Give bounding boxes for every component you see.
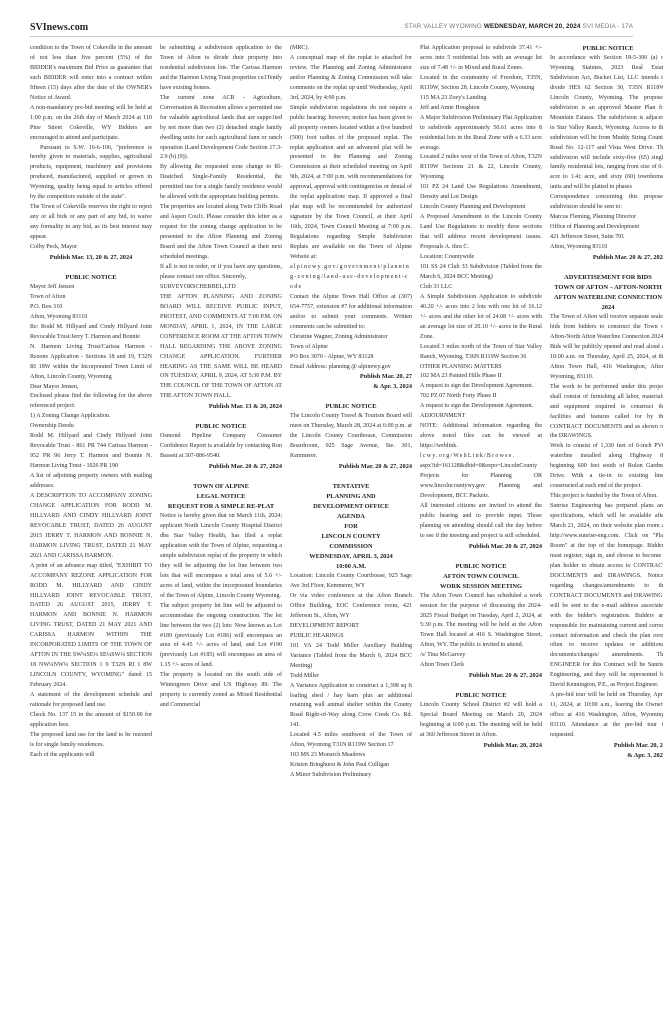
agenda-item: Club 33 LLC xyxy=(420,283,542,293)
agenda-item: 103 MS 23 Monarch Meadows xyxy=(290,751,412,761)
publish-line: Publish Mar. 13, 20 & 27, 2024 xyxy=(30,253,152,263)
bid-text: A pre-bid tour will be held on Thursday,… xyxy=(550,691,663,741)
agenda-item: 101 SS 24 Club 33 Subdivision (Tabled fr… xyxy=(420,263,542,283)
osmond-text: Osmond Pipeline Company Consumer Confide… xyxy=(160,432,282,462)
agenda-section: ADJOURNMENT xyxy=(420,412,542,422)
rezone-text: The properties are located along Twin Cl… xyxy=(160,203,282,263)
replat-text: Simple subdivision regulations do not re… xyxy=(290,104,412,263)
address-line: Town of Afton xyxy=(30,293,152,303)
replat-text: A conceptual map of the replat is attach… xyxy=(290,54,412,104)
rezone-text: be submitting a subdivision application … xyxy=(160,44,282,94)
agenda-note: NOTE: Additional information regarding t… xyxy=(420,422,542,452)
rezone-text: If all is not in order, or if you have a… xyxy=(160,263,282,283)
agenda-item: Jeff and Amie Houghton xyxy=(420,104,542,114)
column-4: Plat Application proposal to subdivide 3… xyxy=(420,44,542,751)
agenda-item: 102 MA 23 Painted Hills Phase II xyxy=(420,372,542,382)
agenda-heading: FOR xyxy=(290,522,412,532)
address-line: 421 Jefferson Street, Suite 701 xyxy=(550,233,663,243)
agenda-item: Located 2 miles west of the Town of Afto… xyxy=(420,153,542,183)
agenda-item: 101 PZ 24 Land Use Regulations Amendment… xyxy=(420,183,542,203)
agenda-item: Located 3 miles north of the Town of Sta… xyxy=(420,343,542,363)
bid-text: Work to consist of 1,330 feet of 6-inch … xyxy=(550,442,663,492)
agenda-item: Kristen Bringhurst & John Paul Culligan xyxy=(290,761,412,771)
agenda-location: Location: Lincoln County Courthouse, 925… xyxy=(290,572,412,592)
agenda-video: Or via video conference at the Afton Bra… xyxy=(290,592,412,622)
address-line: Marcus Fleming, Planning Director xyxy=(550,213,663,223)
column-2: be submitting a subdivision application … xyxy=(160,44,282,711)
continued-text: Each of the applicants will xyxy=(30,751,152,761)
agenda-heading: WEDNESDAY, APRIL 3, 2024 xyxy=(290,552,412,562)
agenda-item: Plat Application proposal to subdivide 3… xyxy=(420,44,542,74)
agenda-heading: AGENDA xyxy=(290,512,412,522)
bid-text: Sunrise Engineering has prepared plans a… xyxy=(550,502,663,691)
bid-text: The Town of Afton will receive separate … xyxy=(550,313,663,343)
notice-heading: LEGAL NOTICE xyxy=(160,492,282,502)
correspondence-text: Correspondence concerning this proposed … xyxy=(550,193,663,213)
agenda-item: Location: Countywide xyxy=(420,253,542,263)
cokeville-prebid: A non-mandatory pre-bid meeting will be … xyxy=(30,104,152,144)
agenda-heading: TENTATIVE xyxy=(290,482,412,492)
bid-text: Bids will be publicly opened and read al… xyxy=(550,343,663,383)
rezone-text: By allowing the requested zone change to… xyxy=(160,163,282,203)
notice-heading: REQUEST FOR A SIMPLE RE-PLAT xyxy=(160,502,282,512)
bid-text: The work to be performed under this proj… xyxy=(550,383,663,443)
adjoining-list: A list of adjoining property owners with… xyxy=(30,472,152,492)
bid-text: This project is funded by the Town of Af… xyxy=(550,492,663,502)
issue-date: WEDNESDAY, MARCH 20, 2024 xyxy=(484,23,581,30)
address-line: Afton, Wyoming 83110 xyxy=(30,313,152,323)
agenda-item: A Minor Subdivision Preliminary xyxy=(290,771,412,781)
bid-heading: TOWN OF AFTON – AFTON-NORTH AFTON WATERL… xyxy=(550,283,663,313)
agenda-item: Todd Miller xyxy=(290,672,412,682)
site-name: SVInews.com xyxy=(30,22,88,33)
firm-name: SURVEYORSCHERBEL,LTD xyxy=(160,283,282,293)
subdivision-text: In accordance with Section 18-5-306 (a) … xyxy=(550,54,663,193)
enclosed-text: Enclosed please find the following for t… xyxy=(30,392,152,412)
publish-line: Publish Mar. 20 & 27, 2024 xyxy=(420,542,542,552)
contact-text: Contact the Alpine Town Hall Office at (… xyxy=(290,293,412,333)
map-print-caps: A print of an advance map titled, "EXHIB… xyxy=(30,562,152,691)
publish-line: Publish Mar. 20, 2024 xyxy=(420,741,542,751)
address-line: Mayor Jeff Jensen xyxy=(30,283,152,293)
agenda-heading: 10:00 A.M. xyxy=(290,562,412,572)
agenda-heading: PLANNING AND xyxy=(290,492,412,502)
bid-heading: ADVERTISEMENT FOR BIDS xyxy=(550,273,663,283)
salutation: Dear Mayor Jensen, xyxy=(30,383,152,393)
replat-text: (MRC). xyxy=(290,44,412,54)
publish-line: Publish Mar. 20 & 27, 2024 xyxy=(160,462,282,472)
agenda-section: PUBLIC HEARINGS xyxy=(290,632,412,642)
agenda-item: A Major Subdivision Preliminary Plat App… xyxy=(420,114,542,154)
notice-heading: PUBLIC NOTICE xyxy=(290,402,412,412)
notice-heading: PUBLIC NOTICE xyxy=(30,273,152,283)
land-use-text: The proposed land use for the land to be… xyxy=(30,731,152,751)
rezone-text: The current zone ACR - Agriculture, Conv… xyxy=(160,94,282,164)
agenda-item: A Simple Subdivision Application to subd… xyxy=(420,293,542,343)
notice-heading: TOWN OF ALPINE xyxy=(160,482,282,492)
replat-text: Notice is hereby given that on March 11t… xyxy=(160,512,282,602)
deeds-label: Ownership Deeds: xyxy=(30,422,152,432)
agenda-item: Located in the community of Freedom, T35… xyxy=(420,74,542,94)
address-line: Afton, Wyoming 83110 xyxy=(550,243,663,253)
notice-heading: PUBLIC NOTICE xyxy=(550,44,663,54)
agenda-item: A Variance Application to construct a 1,… xyxy=(290,682,412,732)
publish-line: Publish Mar. 20, 27 xyxy=(550,741,663,751)
enclosure-item: 1) A Zoning Change Application. xyxy=(30,412,152,422)
deeds-text: Rodd M. Hillyard and Cindy Hillyard Join… xyxy=(30,432,152,472)
notice-heading: PUBLIC NOTICE xyxy=(160,422,282,432)
agenda-note: Projects for Planning OR www.lincolncoun… xyxy=(420,472,542,502)
column-3: (MRC). A conceptual map of the replat is… xyxy=(290,44,412,781)
cokeville-reserve: The Town of Cokeville reserves the right… xyxy=(30,203,152,243)
agenda-item: A Proposed Amendment to the Lincoln Coun… xyxy=(420,213,542,253)
agenda-section: DEVELOPMENT REPORT xyxy=(290,622,412,632)
publish-line: Publish Mar. 20 & 27, 2024 xyxy=(420,671,542,681)
publish-line: & Apr. 3, 2024 xyxy=(550,751,663,761)
column-1: condition to the Town of Cokeville in th… xyxy=(30,44,152,761)
address-line: Office of Planning and Development xyxy=(550,223,663,233)
re-line-2: N. Harmon Living Trust/Carissa Harmon - … xyxy=(30,343,152,383)
notice-heading: WORK SESSION MEETING xyxy=(420,582,542,592)
publish-line: & Apr. 3, 2024 xyxy=(290,382,412,392)
signature-line: Afton Town Clerk xyxy=(420,661,542,671)
publish-line: Publish Mar. 20 & 27, 2024 xyxy=(550,253,663,263)
replat-text: The property is located on the south sid… xyxy=(160,671,282,711)
contact-line: PO Box 3070 - Alpine, WY 83128 xyxy=(290,353,412,363)
publish-line: Publish Mar. 20 & 27, 2024 xyxy=(290,462,412,472)
notice-heading: PUBLIC NOTICE xyxy=(420,562,542,572)
cokeville-bid-text: condition to the Town of Cokeville in th… xyxy=(30,44,152,104)
agenda-item: 115 MA 23 Zoey's Landing xyxy=(420,94,542,104)
running-head: STAR VALLEY WYOMING WEDNESDAY, MARCH 20,… xyxy=(404,23,633,30)
agenda-heading: DEVELOPMENT OFFICE xyxy=(290,502,412,512)
weblink-url[interactable]: lcwy.org/WebLink/Browse. xyxy=(420,452,542,462)
notice-heading: PUBLIC NOTICE xyxy=(420,691,542,701)
agenda-heading: LINCOLN COUNTY xyxy=(290,532,412,542)
agenda-item: A request to sign the Development Agreem… xyxy=(420,402,542,412)
re-line: Re: Rodd M. Hillyard and Cindy Hillyard … xyxy=(30,323,152,343)
contact-line: Town of Alpine xyxy=(290,343,412,353)
publish-line: Publish Mar. 20, 27 xyxy=(290,372,412,382)
paper-name: STAR VALLEY WYOMING xyxy=(404,23,482,30)
agenda-item: Located 4.5 miles southwest of the Town … xyxy=(290,731,412,751)
check-text: Check No. 137 15 in the amount of $150.0… xyxy=(30,711,152,731)
agenda-heading: COMMISSION xyxy=(290,542,412,552)
statement-text: A statement of the development schedule … xyxy=(30,691,152,711)
agenda-item: 101 VA 24 Todd Miller Auxiliary Building… xyxy=(290,642,412,672)
column-5: PUBLIC NOTICE In accordance with Section… xyxy=(550,44,663,761)
page-header: SVInews.com STAR VALLEY WYOMING WEDNESDA… xyxy=(30,22,633,37)
replat-text: The subject property lot line will be ad… xyxy=(160,602,282,672)
hearing-caps: THE AFTON PLANNING AND ZONING BOARD WILL… xyxy=(160,293,282,402)
address-line: P.O. Box 310 xyxy=(30,303,152,313)
cokeville-preference: Pursuant to S.W. 16-6-106, "preference i… xyxy=(30,144,152,204)
agenda-note: All interested citizens are invited to a… xyxy=(420,502,542,542)
email-line: Email Address: planning @ alpinewy.gov xyxy=(290,363,412,373)
description-caps: A DESCRIPTION TO ACCOMPANY ZONING CHANGE… xyxy=(30,492,152,562)
page-number: SVI MEDIA - 17A xyxy=(582,23,633,30)
contact-name: Christine Wagner, Zoning Administrator xyxy=(290,333,412,343)
travel-text: The Lincoln County Travel & Tourism Boar… xyxy=(290,412,412,462)
weblink-url-cont[interactable]: aspx?id=161128&dbid=0&repo=LincolnCounty xyxy=(420,462,542,472)
publish-line: Publish Mar. 13 & 20, 2024 xyxy=(160,402,282,412)
work-session-text: The Afton Town Council has scheduled a w… xyxy=(420,592,542,652)
website-link[interactable]: alpinewy.gov/government/planning-zoning/… xyxy=(290,263,412,293)
signature-line: /s/ Tina McGarvey xyxy=(420,651,542,661)
notices-columns: condition to the Town of Cokeville in th… xyxy=(30,44,633,1019)
cokeville-signature: Colby Peck, Mayor xyxy=(30,243,152,253)
school-board-text: Lincoln County School District #2 will h… xyxy=(420,701,542,741)
agenda-item: 702 PZ 07 North Forty Phase II xyxy=(420,392,542,402)
agenda-section: OTHER PLANNING MATTERS xyxy=(420,363,542,373)
notice-heading: AFTON TOWN COUNCIL xyxy=(420,572,542,582)
agenda-item: A request to sign the Development Agreem… xyxy=(420,382,542,392)
agenda-item: Lincoln County Planning and Development xyxy=(420,203,542,213)
